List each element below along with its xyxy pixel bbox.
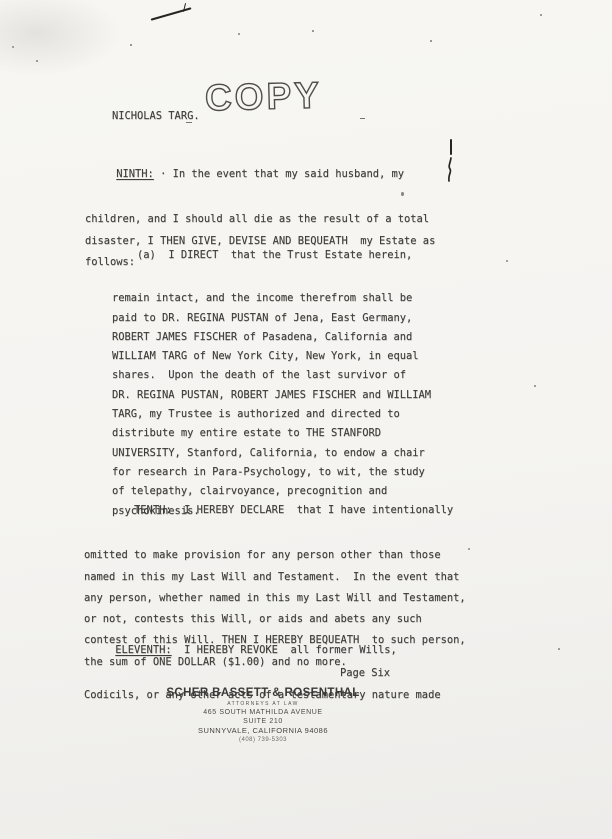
page-header-name: NICHOLAS TARG.	[112, 110, 200, 122]
scanned-will-page: COPY NICHOLAS TARG. NINTH: · In the even…	[0, 0, 612, 839]
page-number: Page Six	[340, 667, 390, 679]
paper-speck	[130, 44, 132, 46]
paragraph-text: I DIRECT that the Trust Estate herein,	[156, 249, 412, 261]
paper-speck	[540, 14, 542, 16]
law-firm-letterhead: SCHER BASSETT & ROSENTHAL ATTORNEYS AT L…	[138, 687, 388, 743]
firm-address-line3: SUNNYVALE, CALIFORNIA 94086	[138, 726, 388, 735]
firm-title: ATTORNEYS AT LAW	[138, 701, 388, 707]
clause-label-tenth: TENTH:	[134, 504, 172, 516]
paper-speck	[36, 60, 38, 62]
paper-speck	[312, 30, 314, 32]
firm-phone: (408) 739-5303	[138, 737, 388, 743]
pen-mark-right-squiggle	[444, 157, 456, 183]
paragraph-eleventh-first-line: ELEVENTH: I HEREBY REVOKE all former Wil…	[84, 640, 441, 661]
clause-label-a: (a)	[137, 249, 156, 261]
scan-dash	[186, 122, 192, 123]
firm-address-line2: SUITE 210	[138, 718, 388, 725]
paragraph-tenth-first-line: TENTH: I HEREBY DECLARE that I have inte…	[84, 500, 466, 521]
firm-name: SCHER BASSETT & ROSENTHAL	[138, 687, 388, 699]
clause-label-ninth: NINTH:	[116, 168, 154, 180]
paragraph-indent	[84, 644, 115, 656]
firm-address-line1: 465 SOUTH MATHILDA AVENUE	[138, 709, 388, 716]
paragraph-text: I HEREBY DECLARE that I have intentional…	[172, 504, 454, 516]
paragraph-indent	[112, 249, 137, 261]
paper-speck	[534, 385, 536, 387]
scan-dash	[360, 118, 365, 119]
paper-speck	[506, 260, 508, 262]
pen-mark-right-stroke	[450, 139, 452, 155]
copy-stamp: COPY	[204, 74, 322, 119]
paragraph-text: · In the event that my said husband, my	[154, 168, 404, 180]
subsection-a-first-line: (a) I DIRECT that the Trust Estate herei…	[112, 246, 431, 265]
pen-mark-top-diagonal	[151, 7, 192, 20]
paper-speck	[430, 40, 432, 42]
paragraph-indent	[85, 168, 116, 180]
paragraph-indent	[84, 504, 134, 516]
paragraph-ninth-first-line: NINTH: · In the event that my said husba…	[85, 164, 435, 185]
paragraph-text: I HEREBY REVOKE all former Wills,	[172, 644, 397, 656]
paper-speck	[12, 46, 14, 48]
paper-speck	[558, 648, 560, 650]
clause-label-eleventh: ELEVENTH:	[115, 644, 171, 656]
paper-speck	[468, 548, 470, 550]
paper-speck	[238, 33, 240, 35]
